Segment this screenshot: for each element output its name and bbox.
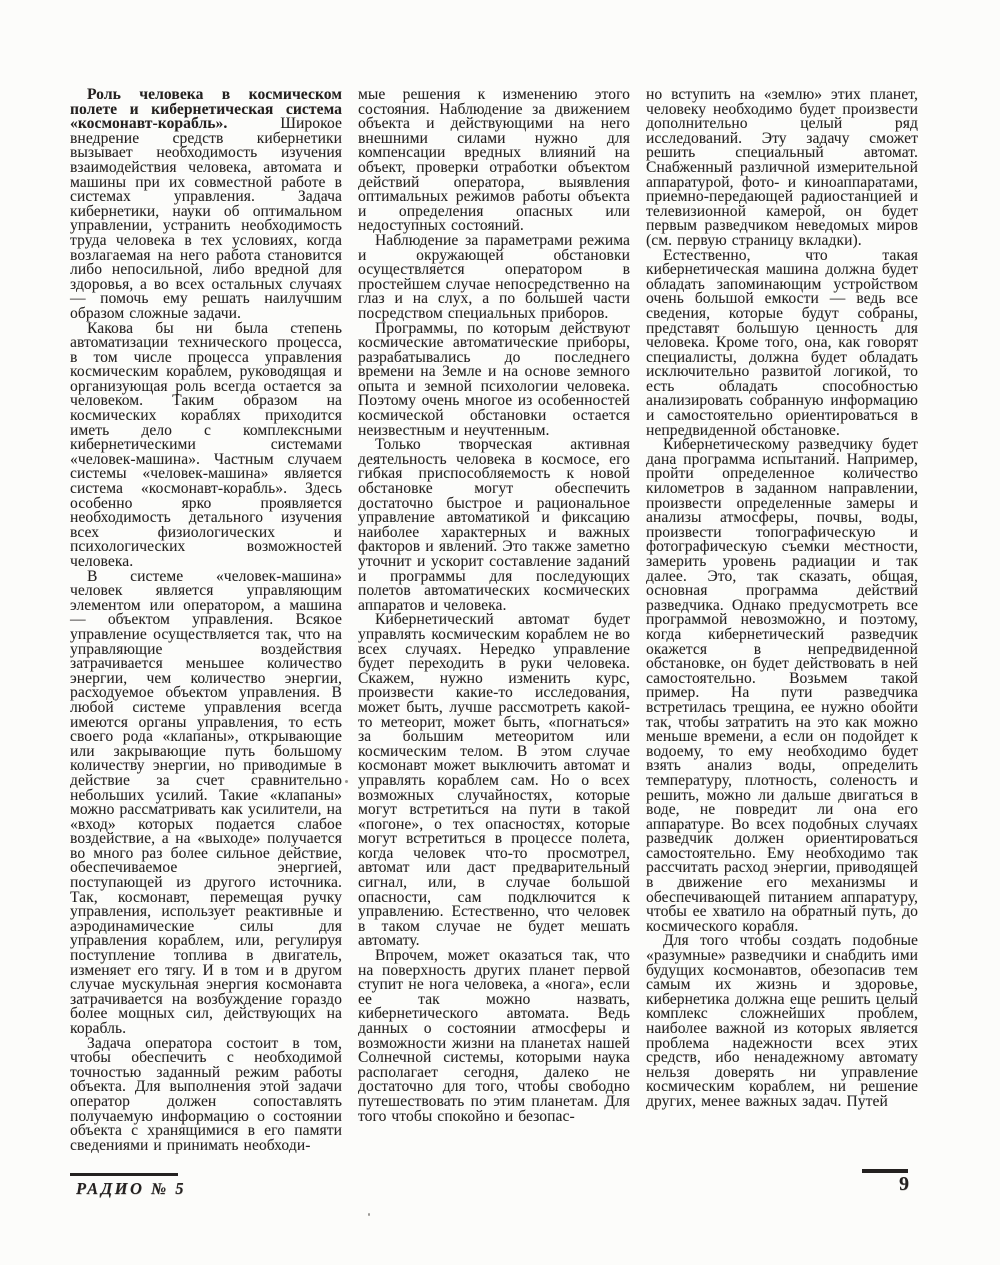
footer-journal-block: РАДИО № 5 xyxy=(68,1173,198,1199)
paragraph: Задача оператора состоит в том, чтобы об… xyxy=(70,1037,342,1154)
paragraph-continuation: мые решения к изменению этого состояния.… xyxy=(358,88,630,234)
scan-speck xyxy=(368,1213,370,1216)
paragraph: В системе «человек-машина» человек являе… xyxy=(70,570,342,1037)
article-body: Роль человека в космическом полете и киб… xyxy=(70,88,918,1153)
paragraph: Кибернетический автомат будет управлять … xyxy=(358,613,630,949)
paragraph: Для того чтобы создать подобные «разумны… xyxy=(646,934,918,1109)
magazine-page: Роль человека в космическом полете и киб… xyxy=(0,0,1000,1265)
paragraph: Программы, по которым действуют космичес… xyxy=(358,322,630,439)
text-column-1: Роль человека в космическом полете и киб… xyxy=(70,88,342,1153)
page-number: 9 xyxy=(862,1174,910,1194)
paragraph: Только творческая активная деятельность … xyxy=(358,438,630,613)
text-column-3: но вступить на «землю» этих планет, чело… xyxy=(646,88,918,1153)
paragraph: Кибернетическому разведчику будет дана п… xyxy=(646,438,918,934)
paragraph: Какова бы ни была степень автоматизации … xyxy=(70,322,342,570)
paragraph: Естественно, что такая кибернетическая м… xyxy=(646,249,918,439)
footer-rule xyxy=(70,1173,178,1176)
paragraph-text: Широкое внедрение средств кибернетики вы… xyxy=(70,115,342,322)
text-column-2: мые решения к изменению этого состояния.… xyxy=(358,88,630,1153)
paragraph: Наблюдение за параметрами режима и окруж… xyxy=(358,234,630,322)
footer-page-block: 9 xyxy=(862,1169,910,1194)
paragraph: Впрочем, может оказаться так, что на пов… xyxy=(358,949,630,1124)
paragraph-continuation: но вступить на «землю» этих планет, чело… xyxy=(646,88,918,249)
journal-title: РАДИО № 5 xyxy=(68,1179,198,1199)
scan-speck xyxy=(345,780,348,783)
paragraph: Роль человека в космическом полете и киб… xyxy=(70,88,342,322)
